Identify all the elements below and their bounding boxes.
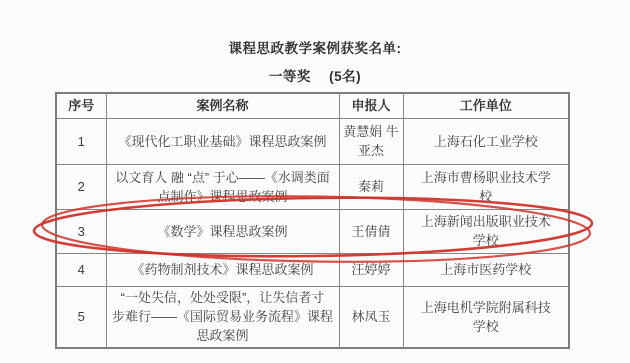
cell-case-name: 《数学》课程思政案例 bbox=[106, 209, 339, 253]
table-row: 1 《现代化工职业基础》课程思政案例 黄慧娟 牛 亚杰 上海石化工业学校 bbox=[56, 118, 569, 164]
cell-case-name: “一处失信，处处受限”，让失信者寸 步难行——《国际贸易业务流程》课程 思政案例 bbox=[106, 286, 339, 348]
cell-work-unit: 上海市医药学校 bbox=[403, 253, 569, 286]
cell-case-name: 以文育人 融 “点” 于心——《水调类面 点制作》课程思政案例 bbox=[106, 164, 339, 209]
cell-case-name: 《药物制剂技术》课程思政案例 bbox=[106, 253, 339, 286]
cell-work-unit: 上海石化工业学校 bbox=[403, 118, 569, 164]
col-header-case-name: 案例名称 bbox=[106, 93, 339, 118]
cell-case-name: 《现代化工职业基础》课程思政案例 bbox=[106, 118, 339, 164]
col-header-work-unit: 工作单位 bbox=[403, 93, 569, 118]
cell-work-unit: 上海新闻出版职业技术 学校 bbox=[403, 209, 569, 253]
cell-applicant: 黄慧娟 牛 亚杰 bbox=[339, 118, 403, 164]
award-table: 序号 案例名称 申报人 工作单位 1 《现代化工职业基础》课程思政案例 黄慧娟 … bbox=[55, 92, 570, 349]
table-row-highlighted: 3 《数学》课程思政案例 王倩倩 上海新闻出版职业技术 学校 bbox=[56, 209, 569, 253]
table-row: 4 《药物制剂技术》课程思政案例 汪婷婷 上海市医药学校 bbox=[56, 253, 569, 286]
cell-serial: 3 bbox=[56, 209, 106, 253]
cell-serial: 1 bbox=[56, 118, 106, 164]
table-row: 2 以文育人 融 “点” 于心——《水调类面 点制作》课程思政案例 秦莉 上海市… bbox=[56, 164, 569, 209]
cell-serial: 4 bbox=[56, 253, 106, 286]
cell-work-unit: 上海电机学院附属科技 学校 bbox=[403, 286, 569, 348]
cell-work-unit: 上海市曹杨职业技术学 校 bbox=[403, 164, 569, 209]
cell-applicant: 王倩倩 bbox=[339, 209, 403, 253]
cell-serial: 5 bbox=[56, 286, 106, 348]
table-row: 5 “一处失信，处处受限”，让失信者寸 步难行——《国际贸易业务流程》课程 思政… bbox=[56, 286, 569, 348]
cell-applicant: 林凤玉 bbox=[339, 286, 403, 348]
document-title: 课程思政教学案例获奖名单: bbox=[0, 37, 630, 57]
document-page: 课程思政教学案例获奖名单: 一等奖 (5名) 序号 案例名称 申报人 工作单位 … bbox=[0, 0, 630, 363]
award-level-subtitle: 一等奖 (5名) bbox=[0, 65, 630, 85]
table-header-row: 序号 案例名称 申报人 工作单位 bbox=[56, 93, 569, 118]
col-header-serial: 序号 bbox=[56, 93, 106, 118]
cell-serial: 2 bbox=[56, 164, 106, 209]
col-header-applicant: 申报人 bbox=[339, 93, 403, 118]
cell-applicant: 汪婷婷 bbox=[339, 253, 403, 286]
cell-applicant: 秦莉 bbox=[339, 164, 403, 209]
